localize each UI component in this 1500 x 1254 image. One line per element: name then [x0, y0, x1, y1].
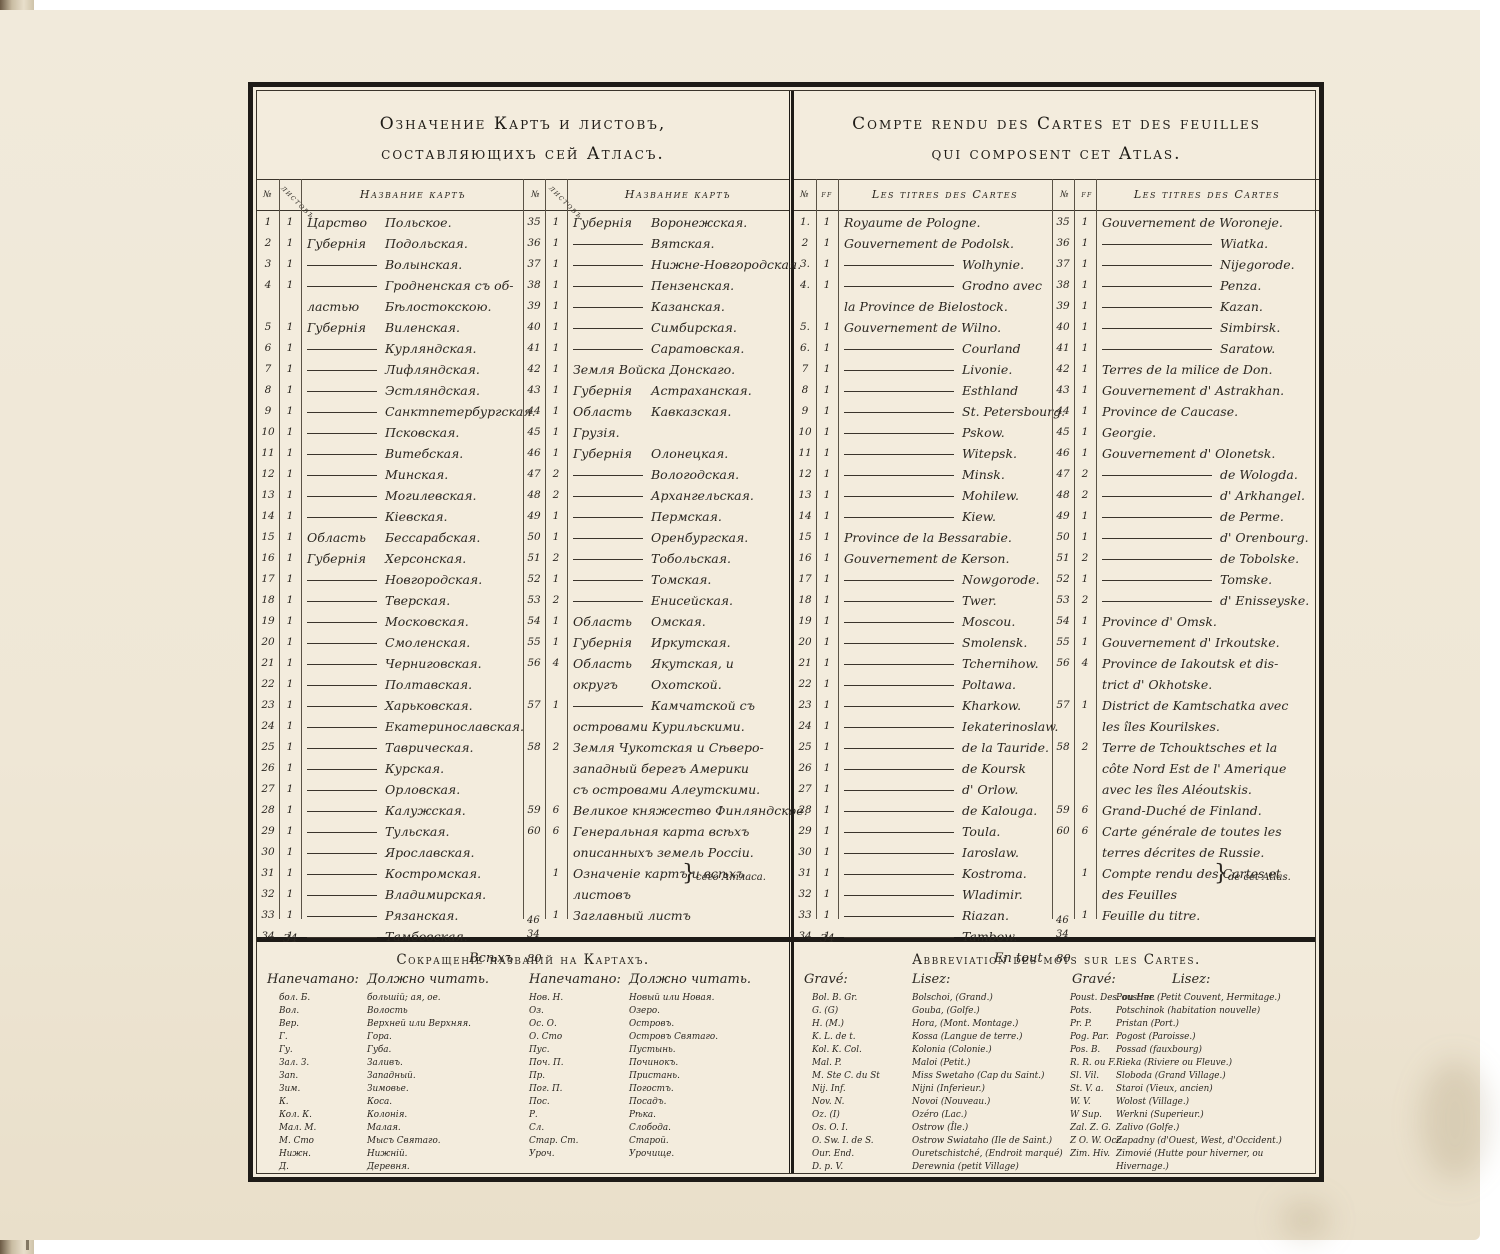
row-prefix: округъ: [573, 675, 643, 694]
abbr-full: Sloboda (Grand Village.): [1116, 1070, 1226, 1083]
french-abbr-title: Abbreviation des mots sur les Cartes.: [794, 942, 1319, 968]
row-name: Кіевская.: [385, 509, 448, 524]
abbr-full: Ozéro (Lac.): [912, 1109, 967, 1122]
row-sheets: 1: [816, 381, 838, 400]
row-number: 60: [1052, 822, 1074, 841]
ditto-rule: [307, 895, 377, 896]
row-name: d' Orlow.: [962, 782, 1018, 797]
row-sheets: 1: [279, 822, 301, 841]
abbr-short: Пос.: [529, 1096, 550, 1109]
row-number: 5: [257, 318, 279, 337]
ditto-rule: [573, 538, 643, 539]
abbreviation-row: Гу.Губа.Пус.Пустынь.: [257, 1044, 789, 1057]
abbr-short: Пус.: [529, 1044, 550, 1057]
abbr-short: Г.: [279, 1031, 288, 1044]
row-number: 11: [257, 444, 279, 463]
row-prefix: Область: [573, 654, 643, 673]
row-name: Вологодская.: [651, 467, 739, 482]
row-sheets: 1: [545, 906, 567, 925]
abbreviation-row: O. Sw. I. de S.Ostrow Swiataho (Ile de S…: [794, 1135, 1319, 1148]
abbr-full: Wolost (Village.): [1116, 1096, 1189, 1109]
abbr-short: Вер.: [279, 1018, 299, 1031]
row-name: Херсонская.: [385, 551, 466, 566]
ditto-rule: [844, 370, 954, 371]
heading-printed: Напечатано:: [267, 972, 359, 987]
ditto-rule: [844, 874, 954, 875]
ditto-rule: [307, 769, 377, 770]
row-number: 10: [257, 423, 279, 442]
row-map-name: Грузія.: [573, 423, 788, 442]
row-number: 9: [257, 402, 279, 421]
row-name: западный берегъ Америки: [573, 761, 749, 776]
row-number: 6.: [794, 339, 816, 358]
row-map-name: Калужская.: [307, 801, 522, 820]
row-map-name: District de Kamtschatka avec: [1102, 696, 1317, 715]
row-sheets: 1: [545, 570, 567, 589]
abbreviation-row: D. p. V.Derewnia (petit Village)Hivernag…: [794, 1161, 1319, 1174]
row-sheets: 1: [816, 780, 838, 799]
row-name: Poltawa.: [962, 677, 1016, 692]
row-map-name: Gouvernement de Podolsk.: [844, 234, 1054, 253]
row-sheets: 1: [1074, 402, 1096, 421]
row-map-name: Gouvernement d' Olonetsk.: [1102, 444, 1317, 463]
row-map-name: Пензенская.: [573, 276, 788, 295]
ditto-rule: [844, 769, 954, 770]
row-map-name: Рязанская.: [307, 906, 522, 925]
abbreviation-row: H. (M.)Hora, (Mont. Montage.)Pr. P.Prist…: [794, 1018, 1319, 1031]
row-map-name: Esthland: [844, 381, 1054, 400]
row-map-name: ластьюБѣлостокскою.: [307, 297, 522, 316]
row-sheets: 1: [1074, 864, 1096, 883]
row-number: 39: [523, 297, 545, 316]
row-name: Могилевская.: [385, 488, 477, 503]
atlas-index-frame: Означение Картъ и листовъ, составляющихъ…: [248, 82, 1324, 1182]
row-map-name: островами Курильскими.: [573, 717, 788, 736]
row-number: 58: [1052, 738, 1074, 757]
row-sheets: 1: [279, 444, 301, 463]
abbr-short: Сл.: [529, 1122, 544, 1135]
row-number: 48: [1052, 486, 1074, 505]
row-name: Gouvernement de Podolsk.: [844, 236, 1014, 251]
row-map-name: Вятская.: [573, 234, 788, 253]
row-name: de Tobolske.: [1220, 551, 1299, 566]
row-name: Province d' Omsk.: [1102, 614, 1217, 629]
row-number: 29: [257, 822, 279, 841]
row-name: Курляндская.: [385, 341, 477, 356]
abbr-short: R. R. ou F.: [1070, 1057, 1116, 1070]
row-number: 18: [257, 591, 279, 610]
abbr-short: О. Сто: [529, 1031, 562, 1044]
row-number: 22: [794, 675, 816, 694]
row-sheets: 1: [816, 360, 838, 379]
row-number: 3.: [794, 255, 816, 274]
row-name: Wolhynie.: [962, 257, 1024, 272]
row-map-name: описанныхъ земель Россіи.: [573, 843, 788, 862]
abbr-full: Волость: [367, 1005, 408, 1018]
abbreviation-row: Кол. К.Колонія.Р.Рѣка.: [257, 1109, 789, 1122]
table-row: 131Mohilew.482d' Arkhangel.: [794, 486, 1319, 505]
row-name: Костромская.: [385, 866, 481, 881]
ditto-rule: [844, 916, 954, 917]
header-map-name-2: Название картъ: [571, 180, 785, 210]
row-name: Gouvernement d' Irkoutske.: [1102, 635, 1280, 650]
row-map-name: западный берегъ Америки: [573, 759, 788, 778]
row-sheets: 1: [1074, 339, 1096, 358]
row-name: des Feuilles: [1102, 887, 1177, 902]
row-sheets: 1: [279, 339, 301, 358]
abbreviation-row: G. (G)Gouba, (Golfe.)Pots.Potschinok (ha…: [794, 1005, 1319, 1018]
row-name: Пензенская.: [651, 278, 734, 293]
row-sheets: 1: [279, 381, 301, 400]
ditto-rule: [307, 580, 377, 581]
row-map-name: Kostroma.: [844, 864, 1054, 883]
row-number: 11: [794, 444, 816, 463]
row-number: 9: [794, 402, 816, 421]
row-name: Simbirsk.: [1220, 320, 1280, 335]
row-map-name: Витебская.: [307, 444, 522, 463]
row-name: Минская.: [385, 467, 448, 482]
row-name: Тобольская.: [651, 551, 731, 566]
ditto-rule: [844, 412, 954, 413]
row-sheets: 1: [545, 444, 567, 463]
row-sheets: 2: [1074, 738, 1096, 757]
header-sheets-2: ff: [1076, 180, 1098, 210]
abbr-full: Островъ.: [629, 1018, 674, 1031]
abbr-full: Озеро.: [629, 1005, 660, 1018]
row-sheets: 1: [545, 297, 567, 316]
abbr-full: Верхней или Верхняя.: [367, 1018, 471, 1031]
abbreviation-row: Вол.ВолостьОз.Озеро.: [257, 1005, 789, 1018]
paper-stain: [1420, 1060, 1490, 1180]
ditto-rule: [844, 727, 954, 728]
row-sheets: 1: [279, 570, 301, 589]
row-sheets: 6: [545, 801, 567, 820]
row-name: Симбирская.: [651, 320, 737, 335]
row-map-name: Nowgorode.: [844, 570, 1054, 589]
row-number: 57: [523, 696, 545, 715]
row-name: terres décrites de Russie.: [1102, 845, 1264, 860]
row-sheets: 1: [279, 591, 301, 610]
abbr-full: Пустынь.: [629, 1044, 676, 1057]
row-name: Камчатской съ: [651, 698, 755, 713]
ditto-rule: [1102, 517, 1212, 518]
ditto-rule: [307, 790, 377, 791]
row-name: Грузія.: [573, 425, 620, 440]
ditto-rule: [1102, 475, 1212, 476]
row-name: Kostroma.: [962, 866, 1027, 881]
row-name: trict d' Okhotske.: [1102, 677, 1212, 692]
row-sheets: 1: [545, 612, 567, 631]
row-number: 27: [794, 780, 816, 799]
row-sheets: 1: [816, 549, 838, 568]
heading-grave-2: Gravé:: [1072, 972, 1116, 987]
ditto-rule: [844, 454, 954, 455]
row-prefix: Область: [573, 612, 643, 631]
row-sheets: 1: [279, 696, 301, 715]
row-name: Georgie.: [1102, 425, 1156, 440]
row-sheets: 1: [1074, 381, 1096, 400]
abbr-full: Губа.: [367, 1044, 391, 1057]
abbr-short: Зал. З.: [279, 1057, 309, 1070]
row-map-name: Камчатской съ: [573, 696, 788, 715]
row-sheets: 1: [816, 339, 838, 358]
abbr-short: Пр.: [529, 1070, 545, 1083]
row-number: 41: [523, 339, 545, 358]
row-sheets: 2: [545, 591, 567, 610]
ditto-rule: [573, 265, 643, 266]
row-sheets: 1: [545, 339, 567, 358]
row-sheets: 1: [279, 717, 301, 736]
row-number: 59: [1052, 801, 1074, 820]
row-number: 44: [1052, 402, 1074, 421]
table-row: 4.1Grodno avec381Penza.: [794, 276, 1319, 295]
row-sheets: 2: [1074, 465, 1096, 484]
abbr-short: Д.: [279, 1161, 289, 1174]
row-sheets: 2: [1074, 549, 1096, 568]
row-sheets: 2: [545, 549, 567, 568]
row-map-name: Nijegorode.: [1102, 255, 1317, 274]
abbr-full: Гора.: [367, 1031, 392, 1044]
row-name: Province de Caucase.: [1102, 404, 1238, 419]
row-name: Воронежская.: [651, 215, 747, 230]
row-name: Gouvernement de Kerson.: [844, 551, 1009, 566]
row-map-name: Кіевская.: [307, 507, 522, 526]
row-map-name: Feuille du titre.: [1102, 906, 1317, 925]
abbr-full: Посадъ.: [629, 1096, 666, 1109]
ditto-rule: [844, 433, 954, 434]
russian-abbr-list: бол. Б.большій; ая, ое.Нов. Н.Новый или …: [257, 992, 789, 1174]
ditto-rule: [573, 328, 643, 329]
row-name: Архангельская.: [651, 488, 754, 503]
row-name: Земля Чукотская и Сѣверо-: [573, 740, 764, 755]
row-name: Wladimir.: [962, 887, 1023, 902]
row-number: 23: [794, 696, 816, 715]
row-prefix: Губернія: [573, 633, 643, 652]
row-number: 32: [794, 885, 816, 904]
abbr-full: Островъ Святаго.: [629, 1031, 718, 1044]
abbr-short: Bol. B. Gr.: [812, 992, 857, 1005]
row-map-name: Минская.: [307, 465, 522, 484]
row-number: 55: [523, 633, 545, 652]
row-map-name: Tchernihow.: [844, 654, 1054, 673]
row-number: 53: [1052, 591, 1074, 610]
russian-title-line1: Означение Картъ и листовъ,: [380, 114, 666, 134]
row-prefix: Губернія: [573, 381, 643, 400]
abbreviation-row: Зап.Западный.Пр.Пристань.: [257, 1070, 789, 1083]
row-map-name: St. Petersbourg.: [844, 402, 1054, 421]
row-sheets: 2: [1074, 591, 1096, 610]
row-name: Томская.: [651, 572, 711, 587]
row-sheets: 1: [545, 234, 567, 253]
subtotal-2: 34: [527, 929, 540, 940]
row-number: 13: [257, 486, 279, 505]
row-sheets: 1: [1074, 360, 1096, 379]
row-map-name: Iaroslaw.: [844, 843, 1054, 862]
row-sheets: 1: [1074, 906, 1096, 925]
table-row: 271d' Orlow.avec les îles Aléoutskis.: [794, 780, 1319, 799]
row-name: Гродненская съ об-: [385, 278, 513, 293]
row-number: 15: [257, 528, 279, 547]
row-map-name: Архангельская.: [573, 486, 788, 505]
brace-text: de cet Atlas.: [1228, 872, 1291, 883]
heading-lisez: Lisez:: [912, 972, 950, 987]
subtotal-1: 46: [1056, 915, 1069, 926]
row-name: Twer.: [962, 593, 997, 608]
row-sheets: 1: [279, 486, 301, 505]
ditto-rule: [307, 811, 377, 812]
row-number: 56: [1052, 654, 1074, 673]
french-abbreviations: Abbreviation des mots sur les Cartes. Gr…: [794, 942, 1319, 1182]
row-map-name: Gouvernement d' Irkoutske.: [1102, 633, 1317, 652]
abbr-full: Pristan (Port.): [1116, 1018, 1179, 1031]
row-sheets: 1: [279, 234, 301, 253]
ditto-rule: [844, 517, 954, 518]
table-row: 121Minsk.472de Wologda.: [794, 465, 1319, 484]
row-name: Таврическая.: [385, 740, 473, 755]
abbr-short: Our. End.: [812, 1148, 854, 1161]
ditto-rule: [1102, 307, 1212, 308]
row-number: 49: [1052, 507, 1074, 526]
row-sheets: 1: [545, 864, 567, 883]
row-sheets: 1: [1074, 276, 1096, 295]
row-name: островами Курильскими.: [573, 719, 745, 734]
row-number: 35: [523, 213, 545, 232]
row-map-name: Орловская.: [307, 780, 522, 799]
row-map-name: Санктпетербургская.: [307, 402, 522, 421]
row-sheets: 1: [1074, 696, 1096, 715]
row-name: d' Orenbourg.: [1220, 530, 1309, 545]
abbr-short: Пог. П.: [529, 1083, 562, 1096]
row-name: Курская.: [385, 761, 444, 776]
french-map-table: № ff Les titres des Cartes № ff Les titr…: [794, 179, 1319, 937]
row-name: Иркутская.: [651, 635, 731, 650]
ditto-rule: [573, 706, 643, 707]
row-sheets: 1: [279, 360, 301, 379]
ditto-rule: [1102, 559, 1212, 560]
row-name: Wiatka.: [1220, 236, 1268, 251]
row-number: 20: [794, 633, 816, 652]
abbr-short: H. (M.): [812, 1018, 844, 1031]
row-number: 29: [794, 822, 816, 841]
table-row: 21Gouvernement de Podolsk.361Wiatka.: [794, 234, 1319, 253]
row-number: 45: [1052, 423, 1074, 442]
row-sheets: 1: [816, 759, 838, 778]
row-number: 7: [257, 360, 279, 379]
abbr-short: Nov. N.: [812, 1096, 844, 1109]
row-name: Земля Войска Донскаго.: [573, 362, 735, 377]
row-map-name: Тульская.: [307, 822, 522, 841]
row-map-name: Владимирская.: [307, 885, 522, 904]
row-map-name: Казанская.: [573, 297, 788, 316]
abbr-full: Погостъ.: [629, 1083, 674, 1096]
abbr-short: Р.: [529, 1109, 538, 1122]
ditto-rule: [573, 496, 643, 497]
row-sheets: 1: [816, 864, 838, 883]
row-name: Бѣлостокскою.: [385, 299, 492, 314]
row-number: 31: [257, 864, 279, 883]
abbreviation-row: Мал. М.Малая.Сл.Слобода.: [257, 1122, 789, 1135]
row-name: Орловская.: [385, 782, 460, 797]
row-name: la Province de Bielostock.: [844, 299, 1008, 314]
brace-symbol: }: [682, 861, 696, 886]
row-number: 53: [523, 591, 545, 610]
row-map-name: ГуберніяОлонецкая.: [573, 444, 788, 463]
row-name: d' Arkhangel.: [1220, 488, 1305, 503]
table-row: 6.1Courland411Saratow.: [794, 339, 1319, 358]
row-map-name: Саратовская.: [573, 339, 788, 358]
abbreviation-row: Bol. B. Gr.Bolschoi, (Grand.)Poust. Des.…: [794, 992, 1319, 1005]
row-sheets: 1: [545, 381, 567, 400]
abbr-short: Os. O. I.: [812, 1122, 848, 1135]
abbr-full: Hivernage.): [1116, 1161, 1169, 1174]
row-name: de Perme.: [1220, 509, 1284, 524]
row-name: de Wologda.: [1220, 467, 1298, 482]
abbr-short: Нижн.: [279, 1148, 311, 1161]
abbr-short: Oz. (I): [812, 1109, 840, 1122]
subtotal-1: 46: [527, 915, 540, 926]
row-name: Санктпетербургская.: [385, 404, 536, 419]
row-number: 51: [523, 549, 545, 568]
row-prefix: Царство: [307, 213, 377, 232]
french-abbr-list: Bol. B. Gr.Bolschoi, (Grand.)Poust. Des.…: [794, 992, 1319, 1174]
row-map-name: Province d' Omsk.: [1102, 612, 1317, 631]
row-number: 4: [257, 276, 279, 295]
table-row: 151Province de la Bessarabie.501d' Orenb…: [794, 528, 1319, 547]
row-name: St. Petersbourg.: [962, 404, 1065, 419]
ditto-rule: [307, 265, 377, 266]
table-row: 161Gouvernement de Kerson.512de Tobolske…: [794, 549, 1319, 568]
ditto-rule: [844, 790, 954, 791]
row-sheets: 1: [279, 759, 301, 778]
row-sheets: 1: [279, 654, 301, 673]
row-sheets: 1: [816, 801, 838, 820]
row-map-name: ОбластьБессарабская.: [307, 528, 522, 547]
row-number: 42: [523, 360, 545, 379]
ditto-rule: [844, 349, 954, 350]
subtotal-2: 34: [1056, 929, 1069, 940]
row-sheets: 1: [545, 633, 567, 652]
row-number: 4.: [794, 276, 816, 295]
ditto-rule: [307, 916, 377, 917]
abbr-short: Zal. Z. G.: [1070, 1122, 1111, 1135]
abbr-full: Werkni (Superieur.): [1116, 1109, 1204, 1122]
heading-printed-2: Напечатано:: [529, 972, 621, 987]
row-map-name: Костромская.: [307, 864, 522, 883]
row-map-name: Вологодская.: [573, 465, 788, 484]
abbreviation-row: Нижн.Нижній.Уроч.Урочище.: [257, 1148, 789, 1161]
row-number: 35: [1052, 213, 1074, 232]
row-map-name: ГуберніяПодольская.: [307, 234, 522, 253]
abbr-short: St. V. a.: [1070, 1083, 1104, 1096]
row-map-name: Province de Iakoutsk et dis-: [1102, 654, 1317, 673]
row-sheets: 1: [816, 822, 838, 841]
row-map-name: Гродненская съ об-: [307, 276, 522, 295]
russian-title-line2: составляющихъ сей Атласъ.: [257, 139, 789, 169]
row-number: 21: [794, 654, 816, 673]
row-sheets: 1: [1074, 423, 1096, 442]
abbreviation-row: Зал. З.Заливъ.Поч. П.Починокъ.: [257, 1057, 789, 1070]
row-sheets: 1: [1074, 528, 1096, 547]
abbr-short: Гу.: [279, 1044, 293, 1057]
row-number: 2: [257, 234, 279, 253]
row-number: 26: [257, 759, 279, 778]
row-sheets: 1: [279, 402, 301, 421]
row-name: Gouvernement d' Olonetsk.: [1102, 446, 1275, 461]
table-row: 191Moscou.541Province d' Omsk.: [794, 612, 1319, 631]
row-map-name: Wiatka.: [1102, 234, 1317, 253]
row-name: Рязанская.: [385, 908, 458, 923]
row-map-name: d' Orenbourg.: [1102, 528, 1317, 547]
